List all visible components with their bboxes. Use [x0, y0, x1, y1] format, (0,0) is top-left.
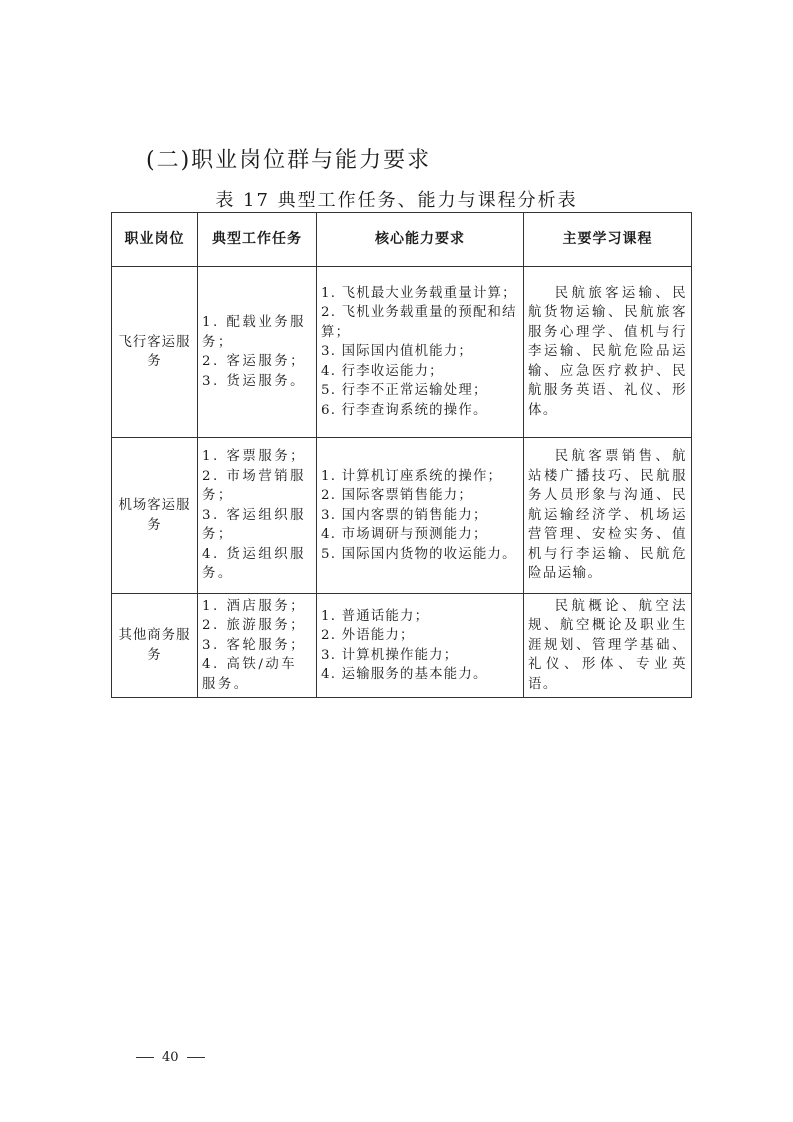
task-item: 2. 市场营销服务； — [202, 467, 312, 506]
task-item: 1. 酒店服务； — [202, 597, 312, 617]
page-number: 40 — [162, 1050, 179, 1065]
post-cell: 其他商务服务 — [112, 594, 198, 698]
task-item: 1. 客票服务； — [202, 447, 312, 467]
header-tasks: 典型工作任务 — [198, 213, 317, 267]
ability-item: 4. 市场调研与预测能力； — [321, 525, 519, 545]
ability-item: 2. 国际客票销售能力； — [321, 486, 519, 506]
section-heading: (二)职业岗位群与能力要求 — [146, 143, 431, 174]
post-cell: 飞行客运服务 — [112, 267, 198, 438]
tasks-cell: 1. 酒店服务； 2. 旅游服务； 3. 客轮服务； 4. 高铁/动车服务。 — [198, 594, 317, 698]
table-row: 其他商务服务 1. 酒店服务； 2. 旅游服务； 3. 客轮服务； 4. 高铁/… — [112, 594, 692, 698]
footer-dash-right — [187, 1057, 205, 1058]
courses-cell: 民航旅客运输、民航货物运输、民航旅客服务心理学、值机与行李运输、民航危险品运输、… — [524, 267, 692, 438]
ability-item: 6. 行李查询系统的操作。 — [321, 401, 519, 421]
ability-item: 1. 飞机最大业务载重量计算； — [321, 284, 519, 304]
task-item: 3. 货运服务。 — [202, 372, 312, 392]
tasks-cell: 1. 客票服务； 2. 市场营销服务； 3. 客运组织服务； 4. 货运组织服务… — [198, 438, 317, 594]
table-row: 飞行客运服务 1. 配载业务服务； 2. 客运服务； 3. 货运服务。 1. 飞… — [112, 267, 692, 438]
table-caption: 表 17 典型工作任务、能力与课程分析表 — [0, 186, 793, 212]
header-abilities: 核心能力要求 — [317, 213, 524, 267]
table-row: 机场客运服务 1. 客票服务； 2. 市场营销服务； 3. 客运组织服务； 4.… — [112, 438, 692, 594]
task-item: 2. 客运服务； — [202, 352, 312, 372]
footer-dash-left — [136, 1057, 154, 1058]
abilities-cell: 1. 计算机订座系统的操作； 2. 国际客票销售能力； 3. 国内客票的销售能力… — [317, 438, 524, 594]
ability-item: 3. 国内客票的销售能力； — [321, 506, 519, 526]
table-header-row: 职业岗位 典型工作任务 核心能力要求 主要学习课程 — [112, 213, 692, 267]
header-post: 职业岗位 — [112, 213, 198, 267]
ability-item: 3. 计算机操作能力； — [321, 646, 519, 666]
task-item: 4. 货运组织服务。 — [202, 545, 312, 584]
tasks-cell: 1. 配载业务服务； 2. 客运服务； 3. 货运服务。 — [198, 267, 317, 438]
task-item: 1. 配载业务服务； — [202, 313, 312, 352]
ability-item: 1. 计算机订座系统的操作； — [321, 467, 519, 487]
ability-item: 5. 行李不正常运输处理； — [321, 381, 519, 401]
ability-item: 1. 普通话能力； — [321, 607, 519, 627]
header-courses: 主要学习课程 — [524, 213, 692, 267]
ability-item: 5. 国际国内货物的收运能力。 — [321, 545, 519, 565]
abilities-cell: 1. 普通话能力； 2. 外语能力； 3. 计算机操作能力； 4. 运输服务的基… — [317, 594, 524, 698]
ability-item: 2. 飞机业务载重量的预配和结算； — [321, 303, 519, 342]
ability-item: 4. 运输服务的基本能力。 — [321, 665, 519, 685]
courses-cell: 民航客票销售、航站楼广播技巧、民航服务人员形象与沟通、民航运输经济学、机场运营管… — [524, 438, 692, 594]
ability-item: 4. 行李收运能力； — [321, 362, 519, 382]
ability-item: 3. 国际国内值机能力； — [321, 342, 519, 362]
task-item: 4. 高铁/动车服务。 — [202, 655, 312, 694]
courses-cell: 民航概论、航空法规、航空概论及职业生涯规划、管理学基础、礼仪、形体、专业英语。 — [524, 594, 692, 698]
task-ability-course-table: 职业岗位 典型工作任务 核心能力要求 主要学习课程 飞行客运服务 1. 配载业务… — [111, 212, 692, 698]
post-cell: 机场客运服务 — [112, 438, 198, 594]
page-footer: 40 — [128, 1050, 213, 1065]
task-item: 2. 旅游服务； — [202, 616, 312, 636]
task-item: 3. 客运组织服务； — [202, 506, 312, 545]
ability-item: 2. 外语能力； — [321, 626, 519, 646]
abilities-cell: 1. 飞机最大业务载重量计算； 2. 飞机业务载重量的预配和结算； 3. 国际国… — [317, 267, 524, 438]
task-item: 3. 客轮服务； — [202, 636, 312, 656]
